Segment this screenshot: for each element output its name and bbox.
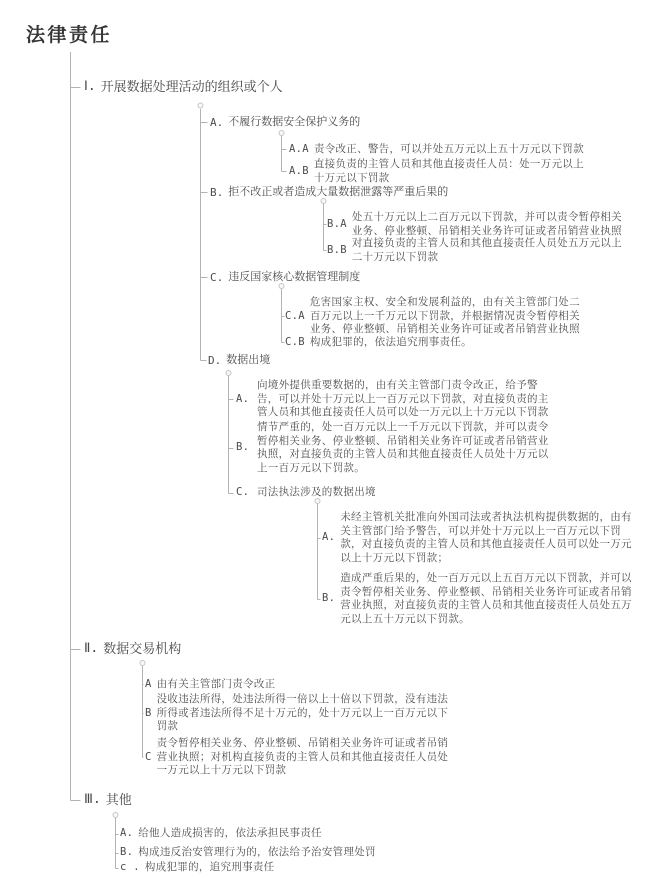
- node-prefix: B.: [210, 185, 223, 200]
- collapse-handle-icon[interactable]: [140, 661, 145, 666]
- mindmap-canvas: 法律责任 Ⅰ. 开展数据处理活动的组织或个人 Ⅱ. 数据交易机构 Ⅲ. 其他 A…: [0, 0, 657, 886]
- node-I-A-AA[interactable]: A.A 责令改正、警告，可以并处五万元以上五十万元以下罚款: [289, 143, 584, 157]
- node-label: 情节严重的，处一百万元以上一千万元以下罚款，并可以责令 暂停相关业务、停业整顿、…: [257, 421, 549, 475]
- node-label: 司法执法涉及的数据出境: [257, 486, 376, 500]
- node-III-C[interactable]: c . 构成犯罪的，追究刑事责任: [120, 861, 274, 875]
- node-label: 由有关主管部门责令改正: [157, 678, 276, 692]
- node-label: 其他: [106, 792, 132, 808]
- node-I-C-CB[interactable]: C.B 构成犯罪的，依法追究刑事责任。: [285, 336, 472, 350]
- node-label: 责令改正、警告，可以并处五万元以上五十万元以下罚款: [314, 143, 584, 157]
- node-prefix: Ⅰ.: [84, 79, 96, 95]
- node-prefix: Ⅲ.: [84, 792, 101, 808]
- node-I-D-C-B[interactable]: B. 造成严重后果的，处一百万元以上五百万元以下罚款，并可以 责令暂停相关业务、…: [322, 572, 632, 626]
- node-prefix: B: [145, 707, 152, 721]
- node-II-C[interactable]: C 责令暂停相关业务、停业整顿、吊销相关业务许可证或者吊销 营业执照；对机构直接…: [145, 737, 448, 778]
- node-I-A[interactable]: A. 不履行数据安全保护义务的: [210, 115, 360, 130]
- node-label: 构成犯罪的，追究刑事责任: [145, 861, 275, 875]
- node-prefix: C.: [210, 270, 223, 285]
- node-prefix: B.: [236, 441, 252, 455]
- node-label: 不履行数据安全保护义务的: [228, 115, 360, 130]
- node-prefix: C.A: [285, 310, 305, 324]
- node-I-D-C[interactable]: C. 司法执法涉及的数据出境: [236, 486, 376, 500]
- node-I-A-AB[interactable]: A.B 直接负责的主管人员和其他直接责任人员：处一万元以上 十万元以下罚款: [289, 158, 584, 185]
- node-label: 没收违法所得，处违法所得一倍以上十倍以下罚款，没有违法 所得或者违法所得不足十万…: [157, 693, 449, 734]
- node-I-C[interactable]: C. 违反国家核心数据管理制度: [210, 270, 360, 285]
- node-I-D[interactable]: D. 数据出境: [208, 353, 270, 368]
- node-label: 构成犯罪的，依法追究刑事责任。: [310, 336, 472, 350]
- node-prefix: B.: [120, 846, 133, 860]
- node-prefix: A.B: [289, 165, 309, 179]
- node-II-B[interactable]: B 没收违法所得，处违法所得一倍以上十倍以下罚款，没有违法 所得或者违法所得不足…: [145, 693, 448, 734]
- collapse-handle-icon[interactable]: [198, 103, 203, 108]
- node-label: 向境外提供重要数据的，由有关主管部门责令改正，给予警 告，可以并处十万元以上一百…: [257, 379, 549, 420]
- node-prefix: A.: [322, 531, 335, 545]
- collapse-handle-icon[interactable]: [226, 371, 231, 376]
- node-II[interactable]: Ⅱ. 数据交易机构: [84, 641, 181, 657]
- node-label: 数据出境: [226, 353, 270, 368]
- node-III-B[interactable]: B. 构成违反治安管理行为的，依法给予治安管理处罚: [120, 846, 376, 860]
- node-label: 给他人造成损害的，依法承担民事责任: [138, 827, 322, 841]
- node-prefix: B.A: [327, 218, 347, 232]
- node-prefix: C: [145, 751, 152, 765]
- node-II-A[interactable]: A 由有关主管部门责令改正: [145, 678, 275, 692]
- node-label: 未经主管机关批准向外国司法或者执法机构提供数据的，由有 关主管部门给予警告，可以…: [340, 511, 632, 565]
- node-prefix: C.B: [285, 336, 305, 350]
- node-prefix: C.: [236, 486, 252, 500]
- node-prefix: Ⅱ.: [84, 641, 98, 657]
- node-label: 违反国家核心数据管理制度: [228, 270, 360, 285]
- node-I-D-C-A[interactable]: A. 未经主管机关批准向外国司法或者执法机构提供数据的，由有 关主管部门给予警告…: [322, 511, 632, 565]
- node-label: 构成违反治安管理行为的，依法给予治安管理处罚: [138, 846, 376, 860]
- node-label: 责令暂停相关业务、停业整顿、吊销相关业务许可证或者吊销 营业执照；对机构直接负责…: [157, 737, 449, 778]
- collapse-handle-icon[interactable]: [113, 813, 118, 818]
- node-I-B[interactable]: B. 拒不改正或者造成大量数据泄露等严重后果的: [210, 185, 448, 200]
- node-prefix: A.A: [289, 143, 309, 157]
- node-I-D-B[interactable]: B. 情节严重的，处一百万元以上一千万元以下罚款，并可以责令 暂停相关业务、停业…: [236, 421, 549, 475]
- node-prefix: B.: [322, 592, 335, 606]
- node-prefix: A.: [210, 115, 223, 130]
- node-label: 处五十万元以上二百万元以下罚款，并可以责令暂停相关 业务、停业整顿、吊销相关业务…: [352, 211, 622, 238]
- node-prefix: c .: [120, 861, 140, 875]
- collapse-handle-icon[interactable]: [279, 131, 284, 136]
- node-I-C-CA[interactable]: C.A 危害国家主权、安全和发展利益的，由有关主管部门处二 百万元以上一千万元以…: [285, 296, 580, 337]
- node-I-B-BB[interactable]: B.B 对直接负责的主管人员和其他直接责任人员处五万元以上 二十万元以下罚款: [327, 237, 622, 264]
- node-prefix: B.B: [327, 244, 347, 258]
- node-prefix: A.: [236, 393, 252, 407]
- node-label: 直接负责的主管人员和其他直接责任人员：处一万元以上 十万元以下罚款: [314, 158, 584, 185]
- node-prefix: A: [145, 678, 152, 692]
- node-label: 危害国家主权、安全和发展利益的，由有关主管部门处二 百万元以上一千万元以下罚款，…: [310, 296, 580, 337]
- node-prefix: D.: [208, 353, 221, 368]
- node-label: 造成严重后果的，处一百万元以上五百万元以下罚款，并可以 责令暂停相关业务、停业整…: [340, 572, 632, 626]
- node-label: 开展数据处理活动的组织或个人: [101, 79, 283, 95]
- node-III[interactable]: Ⅲ. 其他: [84, 792, 132, 808]
- root-topic[interactable]: 法律责任: [26, 20, 112, 47]
- node-III-A[interactable]: A. 给他人造成损害的，依法承担民事责任: [120, 827, 322, 841]
- node-I[interactable]: Ⅰ. 开展数据处理活动的组织或个人: [84, 79, 283, 95]
- node-label: 拒不改正或者造成大量数据泄露等严重后果的: [228, 185, 448, 200]
- node-prefix: A.: [120, 827, 133, 841]
- node-I-D-A[interactable]: A. 向境外提供重要数据的，由有关主管部门责令改正，给予警 告，可以并处十万元以…: [236, 379, 549, 420]
- node-I-B-BA[interactable]: B.A 处五十万元以上二百万元以下罚款，并可以责令暂停相关 业务、停业整顿、吊销…: [327, 211, 622, 238]
- node-label: 对直接负责的主管人员和其他直接责任人员处五万元以上 二十万元以下罚款: [352, 237, 622, 264]
- node-label: 数据交易机构: [103, 641, 181, 657]
